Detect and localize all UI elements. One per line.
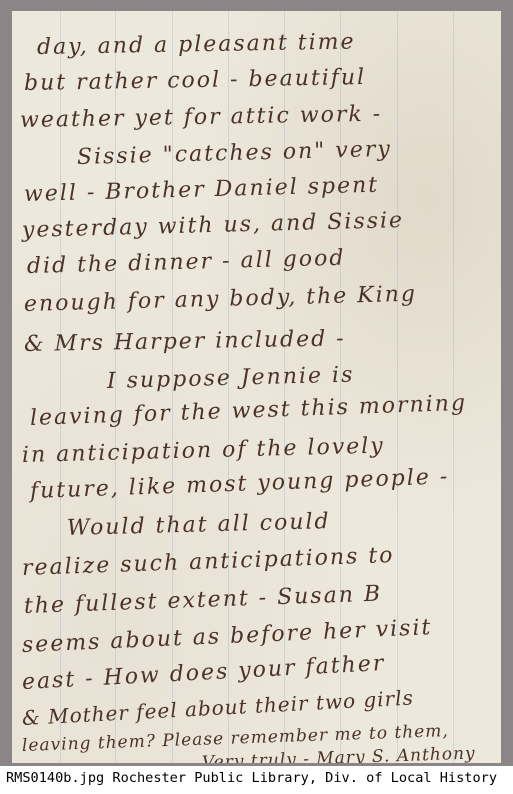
letter-page: day, and a pleasant time but rather cool…: [12, 11, 501, 763]
letter-line-10: I suppose Jennie is: [107, 363, 355, 394]
letter-line-14: Would that all could: [67, 509, 331, 541]
scan-background: day, and a pleasant time but rather cool…: [0, 0, 513, 766]
letter-line-8: enough for any body, the King: [24, 282, 418, 317]
letter-line-2: but rather cool - beautiful: [24, 65, 367, 96]
letter-line-4: Sissie "catches on" very: [77, 137, 392, 170]
letter-line-16: the fullest extent - Susan B: [24, 582, 383, 619]
letter-line-19: & Mother feel about their two girls: [21, 685, 414, 729]
letter-line-9: & Mrs Harper included -: [24, 326, 346, 357]
letter-line-12: in anticipation of the lovely: [22, 434, 385, 468]
ruling-line: [397, 11, 398, 763]
letter-line-18: east - How does your father: [21, 651, 386, 695]
letter-line-5: well - Brother Daniel spent: [24, 173, 380, 207]
letter-line-11: leaving for the west this morning: [30, 391, 468, 431]
ruling-line: [453, 11, 454, 763]
letter-line-6: yesterday with us, and Sissie: [22, 208, 405, 243]
letter-line-3: weather yet for attic work -: [20, 102, 383, 133]
letter-line-15: realize such anticipations to: [22, 543, 395, 581]
letter-line-1: day, and a pleasant time: [37, 29, 356, 60]
image-caption: RMS0140b.jpg Rochester Public Library, D…: [6, 770, 497, 786]
letter-line-13: future, like most young people -: [30, 464, 450, 504]
letter-line-7: did the dinner - all good: [27, 246, 346, 279]
